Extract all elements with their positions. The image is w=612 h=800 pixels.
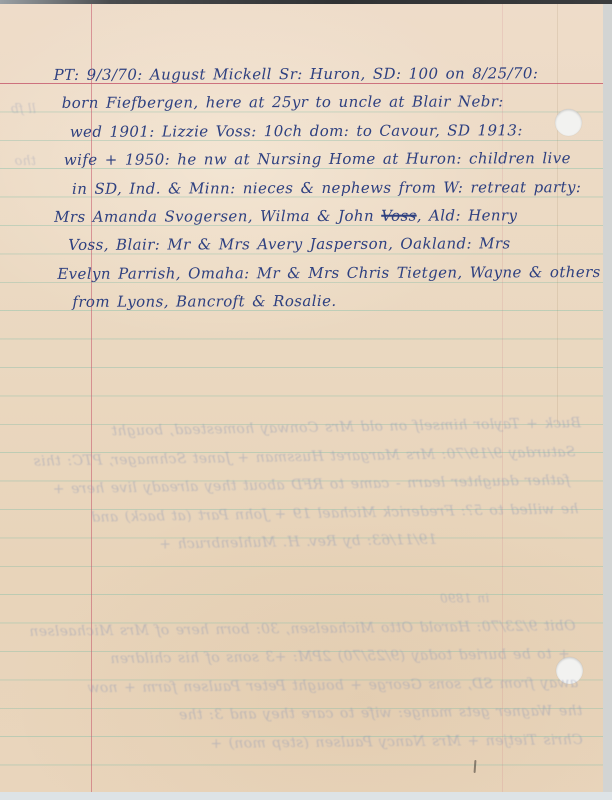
entry-line-7: Voss, Blair: Mr & Mrs Avery Jasperson, O… [52, 230, 574, 260]
entry-line-1: PT: 9/3/70: August Mickell Sr: Huron, SD… [52, 59, 574, 89]
entry-line-6-before: Mrs Amanda Svogersen, Wilma & John [54, 207, 381, 226]
entry-line-6-struck-word: Voss [381, 207, 417, 225]
handwritten-entry: PT: 9/3/70: August Mickell Sr: Huron, SD… [52, 59, 575, 316]
scan-edge-top [0, 0, 612, 4]
entry-line-3: wed 1901: Lizzie Voss: 10ch dom: to Cavo… [52, 116, 574, 146]
entry-line-5: in SD, Ind. & Minn: nieces & nephews fro… [52, 173, 574, 203]
scan-edge-right [603, 4, 612, 792]
entry-line-8: Evelyn Parrish, Omaha: Mr & Mrs Chris Ti… [52, 258, 574, 288]
entry-line-2: born Fiefbergen, here at 25yr to uncle a… [52, 87, 574, 117]
entry-line-6: Mrs Amanda Svogersen, Wilma & John Voss,… [52, 201, 574, 231]
scanned-page: PT: 9/3/70: August Mickell Sr: Huron, SD… [0, 0, 612, 800]
entry-line-6-after: , Ald: Henry [417, 206, 518, 224]
scan-edge-bottom [0, 792, 612, 800]
bleed-through-middle-block: Buck + Taylor himself on old Mrs Conway … [35, 409, 583, 561]
entry-line-9: from Lyons, Bancroft & Rosalie. [52, 286, 574, 316]
bleed-through-bottom-block: in 1890 Obit 9/23/70: Harold Otto Michae… [35, 583, 583, 760]
entry-line-4: wife + 1950: he nw at Nursing Home at Hu… [52, 144, 574, 174]
bleed-bottom-line-5: Chris Tietjen + Mrs Nancy Paulsen (step … [37, 726, 583, 760]
left-margin-bleed-marks: ll fb tho [2, 84, 36, 188]
